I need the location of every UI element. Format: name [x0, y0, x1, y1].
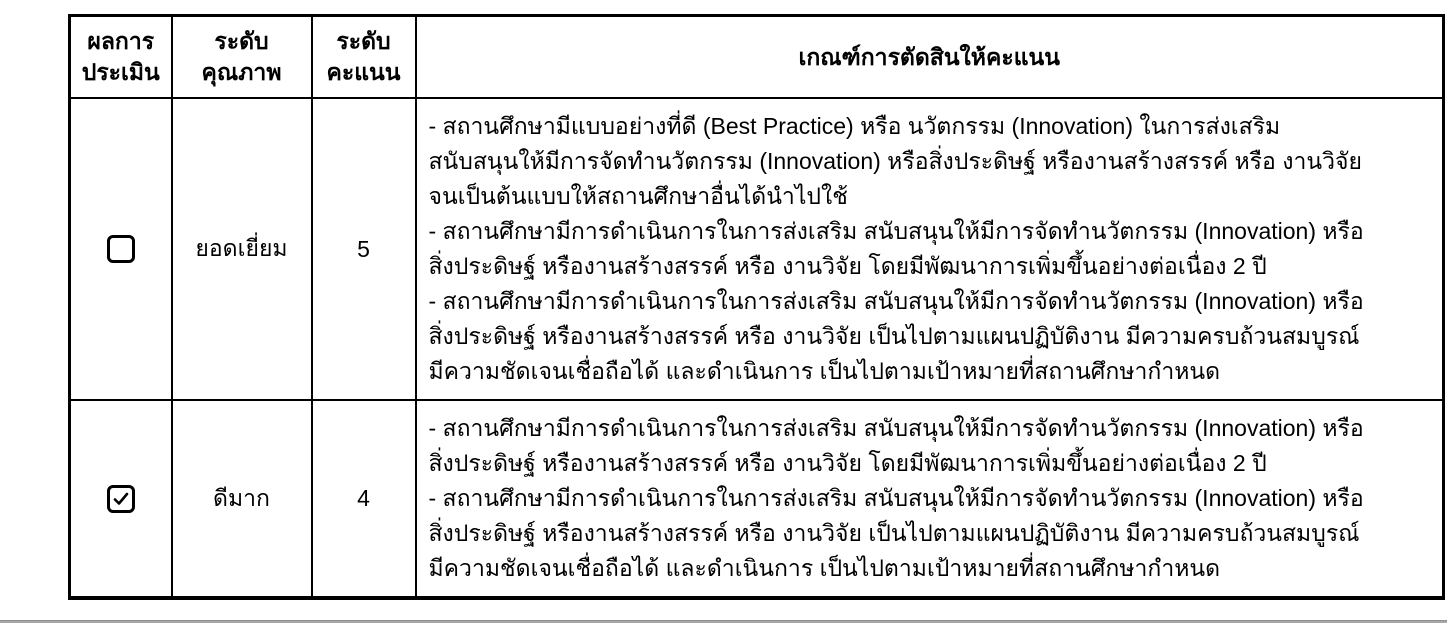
document-page: ผลการ ประเมิน ระดับคุณภาพ ระดับ คะแนน เก…	[0, 0, 1447, 632]
header-line: เกณฑ์การตัดสินให้คะแนน	[421, 42, 1439, 73]
criteria-line: - สถานศึกษามีการดำเนินการในการส่งเสริม ส…	[429, 284, 1431, 319]
criteria-line: มีความชัดเจนเชื่อถือได้ และดำเนินการ เป็…	[429, 354, 1431, 389]
header-scoring-criteria: เกณฑ์การตัดสินให้คะแนน	[416, 16, 1444, 99]
quality-level-cell: ยอดเยี่ยม	[172, 98, 312, 400]
criteria-line: สิ่งประดิษฐ์ หรืองานสร้างสรรค์ หรือ งานว…	[429, 249, 1431, 284]
header-line: ระดับคุณภาพ	[177, 26, 307, 88]
table-row-excellent: ยอดเยี่ยม 5 - สถานศึกษามีแบบอย่างที่ดี (…	[70, 98, 1444, 400]
header-quality-level: ระดับคุณภาพ	[172, 16, 312, 99]
check-icon	[112, 490, 130, 508]
assessment-result-cell	[70, 98, 172, 400]
criteria-cell: - สถานศึกษามีแบบอย่างที่ดี (Best Practic…	[416, 98, 1444, 400]
table-row-very-good: ดีมาก 4 - สถานศึกษามีการดำเนินการในการส่…	[70, 400, 1444, 598]
score-level-cell: 4	[312, 400, 416, 598]
header-line: ประเมิน	[75, 57, 167, 88]
criteria-line: - สถานศึกษามีแบบอย่างที่ดี (Best Practic…	[429, 109, 1431, 144]
assessment-result-cell	[70, 400, 172, 598]
criteria-line: - สถานศึกษามีการดำเนินการในการส่งเสริม ส…	[429, 411, 1431, 446]
scoring-rubric-table: ผลการ ประเมิน ระดับคุณภาพ ระดับ คะแนน เก…	[68, 14, 1445, 600]
criteria-line: มีความชัดเจนเชื่อถือได้ และดำเนินการ เป็…	[429, 551, 1431, 586]
criteria-line: สิ่งประดิษฐ์ หรืองานสร้างสรรค์ หรือ งานว…	[429, 319, 1431, 354]
header-assessment-result: ผลการ ประเมิน	[70, 16, 172, 99]
criteria-line: จนเป็นต้นแบบให้สถานศึกษาอื่นได้นำไปใช้	[429, 179, 1431, 214]
header-line: ผลการ	[75, 26, 167, 57]
header-line: ระดับ	[317, 26, 411, 57]
criteria-line: - สถานศึกษามีการดำเนินการในการส่งเสริม ส…	[429, 481, 1431, 516]
criteria-line: สิ่งประดิษฐ์ หรืองานสร้างสรรค์ หรือ งานว…	[429, 516, 1431, 551]
criteria-line: สนับสนุนให้มีการจัดทำนวัตกรรม (Innovatio…	[429, 144, 1431, 179]
checkbox-unchecked[interactable]	[107, 235, 135, 263]
checkbox-checked[interactable]	[107, 485, 135, 513]
score-level-cell: 5	[312, 98, 416, 400]
criteria-line: สิ่งประดิษฐ์ หรืองานสร้างสรรค์ หรือ งานว…	[429, 446, 1431, 481]
page-divider-line	[0, 620, 1447, 623]
header-score-level: ระดับ คะแนน	[312, 16, 416, 99]
criteria-cell: - สถานศึกษามีการดำเนินการในการส่งเสริม ส…	[416, 400, 1444, 598]
header-row: ผลการ ประเมิน ระดับคุณภาพ ระดับ คะแนน เก…	[70, 16, 1444, 99]
criteria-line: - สถานศึกษามีการดำเนินการในการส่งเสริม ส…	[429, 214, 1431, 249]
header-line: คะแนน	[317, 57, 411, 88]
quality-level-cell: ดีมาก	[172, 400, 312, 598]
